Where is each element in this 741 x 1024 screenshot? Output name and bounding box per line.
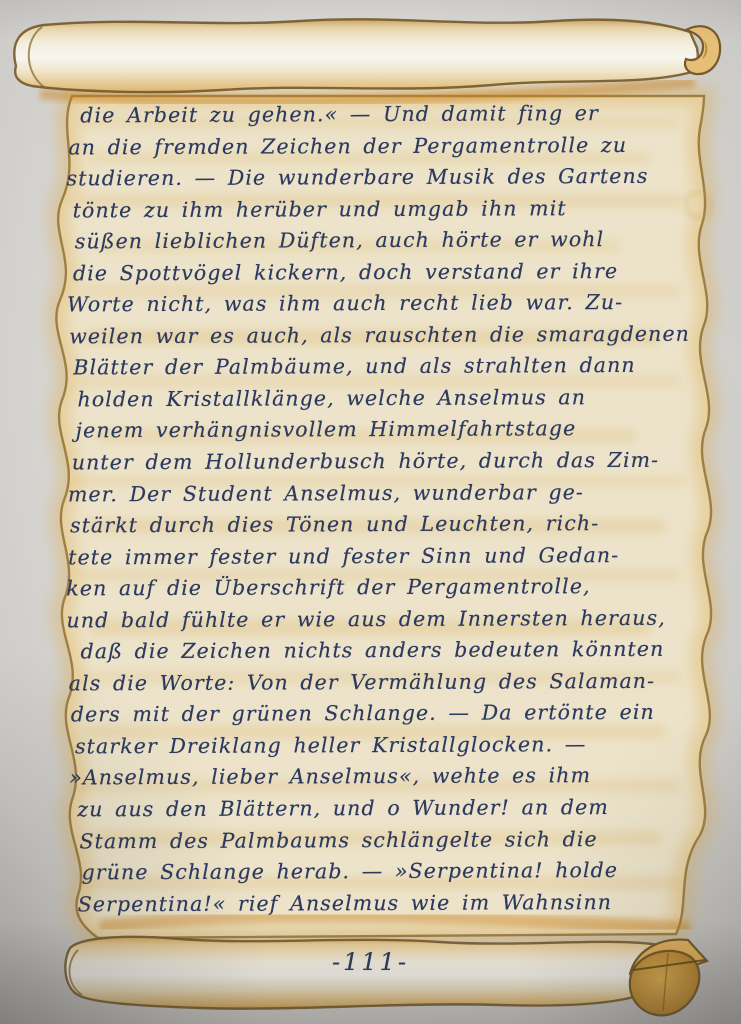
text-line: ken auf die Überschrift der Pergamentrol… [66,571,710,605]
text-line: die Spottvögel kickern, doch verstand er… [73,255,709,289]
text-line: an die fremden Zeichen der Pergamentroll… [68,129,708,163]
text-line: weilen war es auch, als rauschten die sm… [69,318,709,352]
text-line: ders mit der grünen Schlange. — Da ertön… [71,697,711,731]
text-line: süßen lieblichen Düften, auch hörte er w… [75,224,709,258]
text-line: als die Worte: Von der Vermählung des Sa… [69,665,711,699]
text-line: Stamm des Palmbaums schlängelte sich die [79,823,711,857]
text-line: tete immer fester und fester Sinn und Ge… [68,539,710,573]
text-line: grüne Schlange herab. — »Serpentina! hol… [82,855,712,889]
text-line: unter dem Hollunderbusch hörte, durch da… [72,445,710,479]
text-line: Serpentina!« rief Anselmus wie im Wahnsi… [78,886,712,920]
photo-of-manuscript: die Arbeit zu gehen.« — Und damit fing e… [0,0,741,1024]
text-line: Blätter der Palmbäume, und als strahlten… [73,350,709,384]
scroll-top-roll [14,19,720,92]
manuscript-text: die Arbeit zu gehen.« — Und damit fing e… [64,98,712,921]
text-line: studieren. — Die wunderbare Musik des Ga… [66,161,708,195]
text-line: »Anselmus, lieber Anselmus«, wehte es ih… [69,760,711,794]
text-line: die Arbeit zu gehen.« — Und damit fing e… [80,98,708,132]
text-line: tönte zu ihm herüber und umgab ihn mit [73,192,709,226]
text-line: starker Dreiklang heller Kristallglocken… [75,729,711,763]
text-line: zu aus den Blättern, und o Wunder! an de… [77,792,711,826]
text-line: jenem verhängnisvollem Himmelfahrtstage [76,413,710,447]
text-line: Worte nicht, was ihm auch recht lieb war… [67,287,709,321]
text-line: holden Kristallklänge, welche Anselmus a… [77,382,709,416]
page-number: -111- [0,948,741,976]
text-line: mer. Der Student Anselmus, wunderbar ge- [68,476,710,510]
text-line: stärkt durch dies Tönen und Leuchten, ri… [70,508,710,542]
text-line: und bald fühlte er wie aus dem Innersten… [66,602,710,636]
text-line: daß die Zeichen nichts anders bedeuten k… [81,634,711,668]
